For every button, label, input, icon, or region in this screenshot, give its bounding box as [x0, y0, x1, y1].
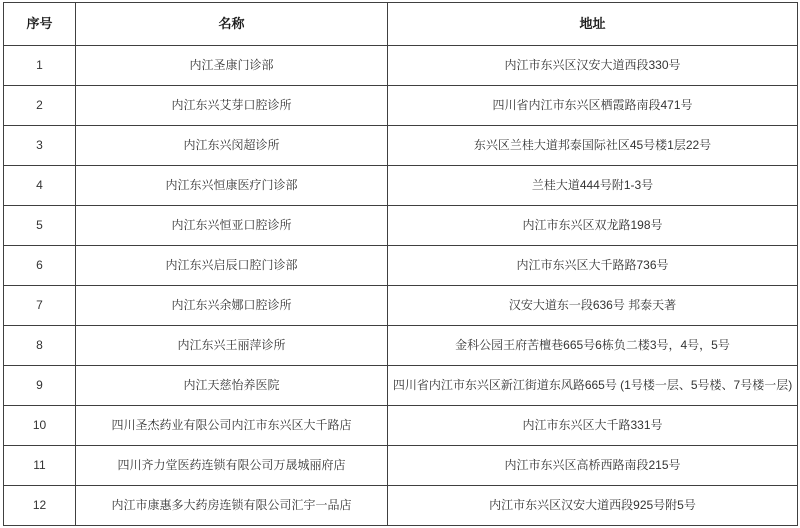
facility-address-cell: 内江市东兴区双龙路198号 [388, 206, 798, 246]
facility-name-cell: 内江东兴闵超诊所 [76, 126, 388, 166]
facility-address-cell: 内江市东兴区汉安大道西段330号 [388, 46, 798, 86]
facility-name-cell: 内江市康惠多大药房连锁有限公司汇宇一品店 [76, 486, 388, 526]
table-row: 1内江圣康门诊部内江市东兴区汉安大道西段330号 [4, 46, 798, 86]
table-row: 5内江东兴恒亚口腔诊所内江市东兴区双龙路198号 [4, 206, 798, 246]
table-body: 1内江圣康门诊部内江市东兴区汉安大道西段330号2内江东兴艾芽口腔诊所四川省内江… [4, 46, 798, 526]
table-row: 9内江天慈怡养医院四川省内江市东兴区新江街道东风路665号 (1号楼一层、5号楼… [4, 366, 798, 406]
table-row: 12内江市康惠多大药房连锁有限公司汇宇一品店内江市东兴区汉安大道西段925号附5… [4, 486, 798, 526]
row-number-cell: 1 [4, 46, 76, 86]
table-row: 6内江东兴启辰口腔门诊部内江市东兴区大千路路736号 [4, 246, 798, 286]
table-row: 10四川圣杰药业有限公司内江市东兴区大千路店内江市东兴区大千路331号 [4, 406, 798, 446]
row-number-cell: 6 [4, 246, 76, 286]
facility-name-cell: 内江东兴余娜口腔诊所 [76, 286, 388, 326]
facility-address-cell: 汉安大道东一段636号 邦泰天著 [388, 286, 798, 326]
table-row: 4内江东兴恒康医疗门诊部兰桂大道444号附1-3号 [4, 166, 798, 206]
facility-name-cell: 内江东兴艾芽口腔诊所 [76, 86, 388, 126]
facility-address-cell: 东兴区兰桂大道邦泰国际社区45号楼1层22号 [388, 126, 798, 166]
row-number-cell: 5 [4, 206, 76, 246]
facility-name-cell: 四川齐力堂医药连锁有限公司万晟城丽府店 [76, 446, 388, 486]
column-header-address: 地址 [388, 3, 798, 46]
row-number-cell: 10 [4, 406, 76, 446]
facility-name-cell: 内江圣康门诊部 [76, 46, 388, 86]
table-row: 7内江东兴余娜口腔诊所汉安大道东一段636号 邦泰天著 [4, 286, 798, 326]
row-number-cell: 7 [4, 286, 76, 326]
facility-name-cell: 内江东兴王丽萍诊所 [76, 326, 388, 366]
facility-name-cell: 内江东兴恒亚口腔诊所 [76, 206, 388, 246]
row-number-cell: 4 [4, 166, 76, 206]
facility-name-cell: 内江东兴启辰口腔门诊部 [76, 246, 388, 286]
medical-facilities-page: 序号 名称 地址 1内江圣康门诊部内江市东兴区汉安大道西段330号2内江东兴艾芽… [0, 0, 800, 528]
row-number-cell: 8 [4, 326, 76, 366]
column-header-name: 名称 [76, 3, 388, 46]
row-number-cell: 11 [4, 446, 76, 486]
facility-address-cell: 内江市东兴区大千路路736号 [388, 246, 798, 286]
facility-name-cell: 四川圣杰药业有限公司内江市东兴区大千路店 [76, 406, 388, 446]
row-number-cell: 2 [4, 86, 76, 126]
row-number-cell: 12 [4, 486, 76, 526]
facility-address-cell: 内江市东兴区高桥西路南段215号 [388, 446, 798, 486]
table-row: 2内江东兴艾芽口腔诊所四川省内江市东兴区栖霞路南段471号 [4, 86, 798, 126]
facility-name-cell: 内江东兴恒康医疗门诊部 [76, 166, 388, 206]
facility-address-cell: 兰桂大道444号附1-3号 [388, 166, 798, 206]
facility-address-cell: 四川省内江市东兴区新江街道东风路665号 (1号楼一层、5号楼、7号楼一层) [388, 366, 798, 406]
table-row: 3内江东兴闵超诊所东兴区兰桂大道邦泰国际社区45号楼1层22号 [4, 126, 798, 166]
row-number-cell: 9 [4, 366, 76, 406]
column-header-number: 序号 [4, 3, 76, 46]
facility-address-cell: 四川省内江市东兴区栖霞路南段471号 [388, 86, 798, 126]
facility-address-cell: 内江市东兴区汉安大道西段925号附5号 [388, 486, 798, 526]
facilities-table: 序号 名称 地址 1内江圣康门诊部内江市东兴区汉安大道西段330号2内江东兴艾芽… [3, 2, 798, 526]
facility-address-cell: 金科公园王府苦檀巷665号6栋负二楼3号，4号，5号 [388, 326, 798, 366]
header-row: 序号 名称 地址 [4, 3, 798, 46]
facility-name-cell: 内江天慈怡养医院 [76, 366, 388, 406]
table-row: 11四川齐力堂医药连锁有限公司万晟城丽府店内江市东兴区高桥西路南段215号 [4, 446, 798, 486]
facility-address-cell: 内江市东兴区大千路331号 [388, 406, 798, 446]
row-number-cell: 3 [4, 126, 76, 166]
table-row: 8内江东兴王丽萍诊所金科公园王府苦檀巷665号6栋负二楼3号，4号，5号 [4, 326, 798, 366]
